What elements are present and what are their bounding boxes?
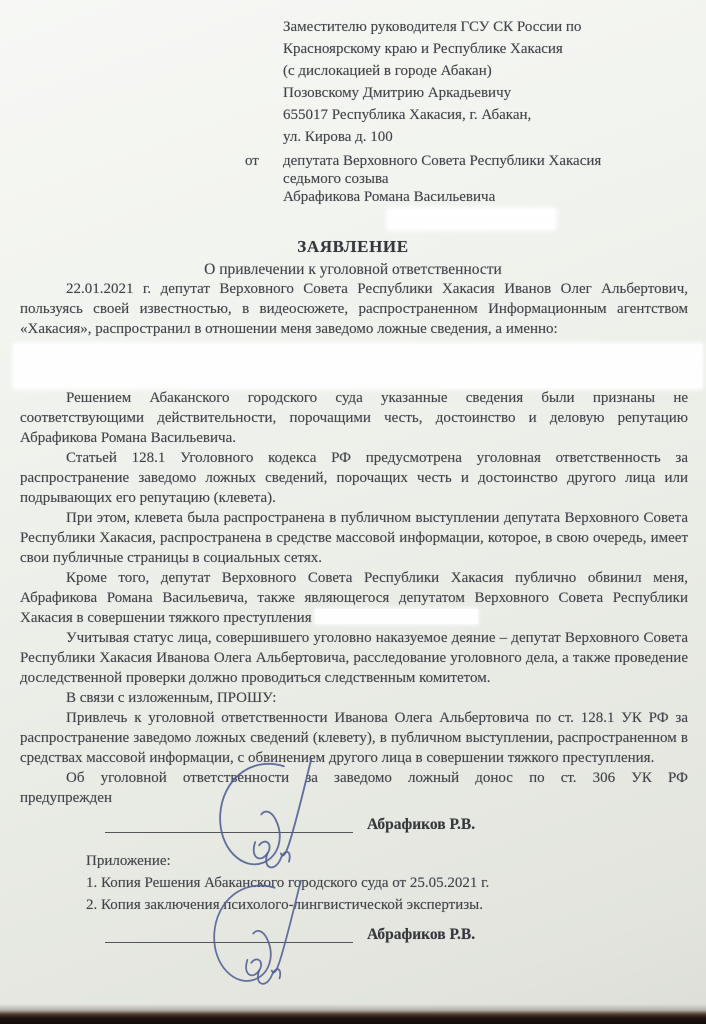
paragraph-public-statement: При этом, клевета была распространена в … bbox=[20, 508, 688, 568]
paragraph-request-intro: В связи с изложенным, ПРОШУ: bbox=[20, 688, 688, 708]
recipient-line: (с дислокацией в городе Абакан) bbox=[283, 60, 706, 82]
paragraph-article-128: Статьей 128.1 Уголовного кодекса РФ пред… bbox=[20, 448, 688, 508]
redaction-box-inline bbox=[315, 609, 478, 624]
attachments-block: Приложение: 1. Копия Решения Абаканского… bbox=[86, 850, 688, 916]
from-line: Абрафикова Романа Васильевича bbox=[283, 188, 601, 206]
signature-icon bbox=[187, 880, 337, 992]
signature-row-2: Абрафиков Р.В. bbox=[105, 926, 688, 950]
recipient-line: Заместителю руководителя ГСУ СК России п… bbox=[283, 16, 706, 38]
from-line: седьмого созыва bbox=[283, 170, 601, 188]
signature-icon bbox=[193, 758, 348, 876]
paragraph-intro: 22.01.2021 г. депутат Верховного Совета … bbox=[20, 279, 688, 339]
recipient-block: Заместителю руководителя ГСУ СК России п… bbox=[283, 16, 706, 148]
photo-bottom-edge bbox=[0, 1004, 706, 1024]
from-block: от депутата Верховного Совета Республики… bbox=[245, 152, 706, 229]
signature-row-1: Абрафиков Р.В. bbox=[105, 816, 688, 840]
signature-name: Абрафиков Р.В. bbox=[367, 926, 475, 944]
signature-name: Абрафиков Р.В. bbox=[367, 816, 475, 834]
attachment-item: 1. Копия Решения Абаканского городского … bbox=[86, 872, 688, 894]
from-line: депутата Верховного Совета Республики Ха… bbox=[283, 152, 601, 170]
paragraph-accusation: Кроме того, депутат Верховного Совета Ре… bbox=[20, 568, 688, 628]
recipient-line: 655017 Республика Хакасия, г. Абакан, bbox=[283, 104, 706, 126]
paragraph-request: Привлечь к уголовной ответственности Ива… bbox=[20, 708, 688, 768]
document-body: 22.01.2021 г. депутат Верховного Совета … bbox=[0, 279, 706, 950]
attachment-item: 2. Копия заключения психолого-лингвистич… bbox=[86, 894, 688, 916]
paragraph-status: Учитывая статус лица, совершившего уголо… bbox=[20, 628, 688, 688]
paragraph-warning-line2: предупрежден bbox=[20, 788, 688, 808]
redaction-box-large bbox=[14, 344, 702, 388]
paragraph-warning-line1: Об уголовной ответственности за заведомо… bbox=[20, 768, 688, 788]
paragraph-court-decision: Решением Абаканского городского суда ука… bbox=[20, 388, 688, 448]
recipient-line: Позовскому Дмитрию Аркадьевичу bbox=[283, 82, 706, 104]
from-lines: депутата Верховного Совета Республики Ха… bbox=[283, 152, 601, 229]
redaction-box-small bbox=[388, 209, 555, 229]
recipient-line: ул. Кирова д. 100 bbox=[283, 126, 706, 148]
scanned-document-photo: Заместителю руководителя ГСУ СК России п… bbox=[0, 0, 706, 1024]
recipient-line: Красноярскому краю и Республике Хакасия bbox=[283, 38, 706, 60]
document-subtitle: О привлечении к уголовной ответственност… bbox=[0, 260, 706, 279]
attachments-title: Приложение: bbox=[86, 850, 688, 872]
document-title: ЗАЯВЛЕНИЕ bbox=[0, 237, 706, 257]
from-label: от bbox=[245, 152, 283, 229]
